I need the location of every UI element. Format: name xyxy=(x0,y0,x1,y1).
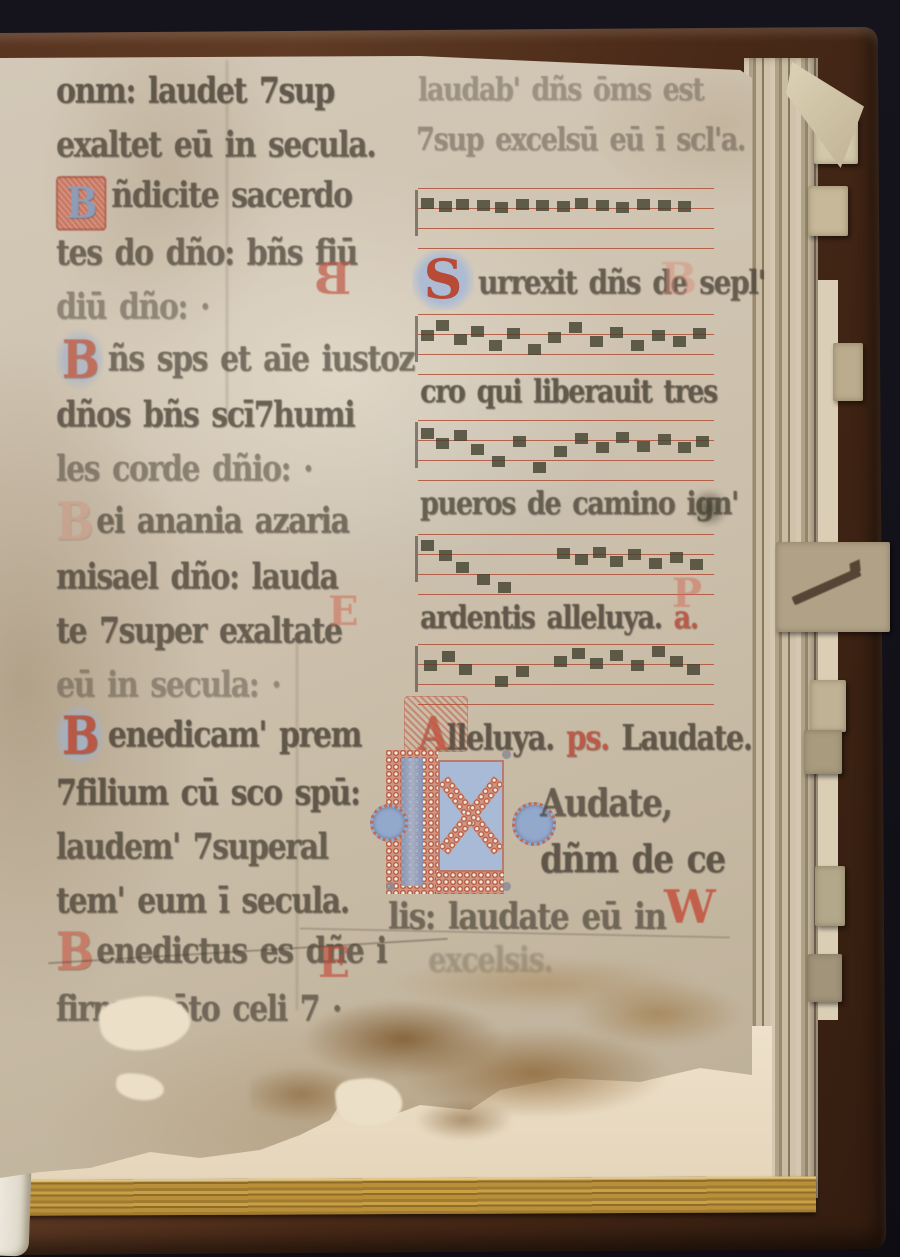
neume xyxy=(424,660,437,671)
water-stain xyxy=(250,950,760,1162)
manuscript-line: Benedicam' prem xyxy=(56,718,361,753)
manuscript-line: urrexit dñs de sepl' xyxy=(478,266,765,299)
page-tab xyxy=(776,542,890,632)
neume xyxy=(557,548,570,559)
manuscript-line: Bñs sps et aīe iustoz xyxy=(56,342,414,377)
manuscript-line: Bñdicite sacerdo xyxy=(56,176,352,231)
neume xyxy=(477,574,490,585)
neume xyxy=(554,446,567,457)
line-text: misael dño: lauda xyxy=(56,557,337,598)
line-text: 7filium cū sco spū: xyxy=(56,773,360,814)
neume xyxy=(459,664,472,675)
neume xyxy=(678,201,691,212)
rubric-initial-B: B xyxy=(56,920,92,982)
neume xyxy=(575,554,588,565)
neume xyxy=(454,430,467,441)
manuscript-line: 7filium cū sco spū: xyxy=(56,776,360,811)
neume xyxy=(678,442,691,453)
neume xyxy=(673,336,686,347)
line-text: dñm de ce xyxy=(540,837,725,883)
gilt-fore-edge xyxy=(24,1176,816,1215)
line-text: tes do dño: bñs fiū xyxy=(56,233,357,274)
neume xyxy=(637,199,650,210)
neume xyxy=(557,201,570,212)
psalm-marker: ps. xyxy=(554,719,622,759)
neume xyxy=(631,660,644,671)
manuscript-line: onm: laudet 7sup xyxy=(56,74,334,109)
neume xyxy=(637,441,650,452)
neume xyxy=(436,320,449,331)
neume xyxy=(649,558,662,569)
line-text: onm: laudet 7sup xyxy=(56,71,334,112)
neume xyxy=(616,432,629,443)
line-text: ñdicite sacerdo xyxy=(111,175,351,216)
neume xyxy=(658,434,671,445)
manuscript-line: cro qui liberauit tres xyxy=(420,376,717,408)
tab-ink-mark xyxy=(791,567,861,605)
line-text: tem' eum ī secula. xyxy=(56,881,349,922)
neume xyxy=(610,556,623,567)
neume xyxy=(631,340,644,351)
initial-L-foot xyxy=(436,872,504,894)
neume xyxy=(548,332,561,343)
neume xyxy=(471,326,484,337)
neume xyxy=(610,327,623,338)
manuscript-line: dños bñs scī7humi xyxy=(56,398,354,433)
page-tab xyxy=(815,866,845,926)
neume xyxy=(489,340,502,351)
neume xyxy=(593,547,606,558)
neume xyxy=(436,438,449,449)
page-tab xyxy=(804,730,842,774)
neume xyxy=(590,658,603,669)
neume xyxy=(498,582,511,593)
neume xyxy=(533,462,546,473)
manuscript-line: tes do dño: bñs fiū xyxy=(56,236,357,271)
line-text: les corde dñio: · xyxy=(56,449,312,490)
line-text: enedicam' prem xyxy=(108,715,361,756)
music-staff xyxy=(418,420,714,482)
manuscript-photo: onm: laudet 7sup exaltet eū in secula. B… xyxy=(0,0,900,1257)
margin-rubric-mark: B xyxy=(314,258,351,302)
line-text: laudab' dñs ōms est xyxy=(418,71,703,109)
manuscript-line: misael dño: lauda xyxy=(56,560,337,595)
neume xyxy=(442,651,455,662)
manuscript-line: exaltet eū in secula. xyxy=(56,128,375,163)
neume xyxy=(513,436,526,447)
page-tab xyxy=(808,186,848,236)
corner-dot xyxy=(502,882,511,891)
neume xyxy=(421,428,434,439)
neume xyxy=(536,200,549,211)
neume xyxy=(575,198,588,209)
corner-dot xyxy=(502,750,511,759)
neume xyxy=(616,202,629,213)
neume xyxy=(516,199,529,210)
neume xyxy=(687,664,700,675)
manuscript-line: eū in secula: · xyxy=(56,668,280,703)
neume xyxy=(596,200,609,211)
neume xyxy=(652,330,665,341)
manuscript-line: te 7super exaltate xyxy=(56,614,342,649)
neume xyxy=(471,444,484,455)
neume xyxy=(439,550,452,561)
line-text: 7sup excelsū eū ī scl'a. xyxy=(416,121,745,159)
line-text: dños bñs scī7humi xyxy=(56,395,354,436)
neume xyxy=(495,676,508,687)
line-text: cro qui liberauit tres xyxy=(420,373,717,411)
neume xyxy=(421,198,434,209)
line-text: urrexit dñs de sepl' xyxy=(478,263,765,302)
neume xyxy=(492,456,505,467)
line-text: diū dño: · xyxy=(56,287,209,328)
neume xyxy=(439,201,452,212)
neume xyxy=(554,656,567,667)
manuscript-line: diū dño: · xyxy=(56,290,209,325)
bottom-left-page-sliver xyxy=(0,1163,32,1256)
neume xyxy=(477,200,490,211)
neume xyxy=(421,330,434,341)
neume xyxy=(693,328,706,339)
side-medallion xyxy=(370,804,408,842)
neume xyxy=(507,328,520,339)
margin-rubric-mark: P xyxy=(672,574,702,614)
decorated-initial-S: S xyxy=(412,250,474,310)
rubric-initial-B: B xyxy=(56,702,104,768)
neume xyxy=(572,648,585,659)
manuscript-line: ardentis alleluya. a. xyxy=(420,602,698,634)
neume xyxy=(670,552,683,563)
line-text: ardentis alleluya. xyxy=(420,599,662,637)
line-text: eū in secula: · xyxy=(56,665,280,706)
neume xyxy=(690,559,703,570)
decorated-initial-L xyxy=(386,750,538,894)
neume xyxy=(454,334,467,345)
rubric-initial-B: B xyxy=(56,490,92,552)
manuscript-line: laudem' 7superal xyxy=(56,830,328,865)
neume xyxy=(610,650,623,661)
neume xyxy=(628,549,641,560)
page-tab xyxy=(833,343,863,401)
neume xyxy=(658,200,671,211)
margin-rubric-mark: W xyxy=(664,884,716,930)
music-staff xyxy=(418,314,714,376)
line-text: te 7super exaltate xyxy=(56,611,342,652)
line-text: ei anania azaria xyxy=(96,501,348,542)
corner-dot xyxy=(386,882,395,891)
ink-blot xyxy=(688,490,730,526)
neume xyxy=(421,540,434,551)
neume xyxy=(516,666,529,677)
page-tab xyxy=(810,680,846,732)
line-text: Laudate. xyxy=(621,719,751,759)
neume xyxy=(590,336,603,347)
initial-letter: S xyxy=(424,247,463,311)
neume xyxy=(652,646,665,657)
background-object xyxy=(884,236,900,1136)
manuscript-line: laudab' dñs ōms est xyxy=(418,74,703,106)
manuscript-line: dñm de ce xyxy=(540,840,725,879)
music-staff xyxy=(418,188,714,250)
line-text: exaltet eū in secula. xyxy=(56,125,375,166)
initial-L-panel xyxy=(438,760,504,872)
neume xyxy=(456,562,469,573)
rubric-initial-B: B xyxy=(56,176,106,231)
neume xyxy=(596,442,609,453)
line-text: ñs sps et aīe iustoz xyxy=(108,339,414,380)
manuscript-line: 7sup excelsū eū ī scl'a. xyxy=(416,124,745,156)
neume xyxy=(569,322,582,333)
line-text: laudem' 7superal xyxy=(56,827,328,868)
neume xyxy=(456,199,469,210)
manuscript-line: Audate, xyxy=(540,784,672,823)
neume xyxy=(575,433,588,444)
line-text: Audate, xyxy=(540,781,672,827)
margin-rubric-mark: E xyxy=(328,592,359,632)
music-staff xyxy=(418,534,714,596)
rubric-initial-B: B xyxy=(56,326,104,392)
neume xyxy=(670,656,683,667)
neume xyxy=(495,202,508,213)
manuscript-line: tem' eum ī secula. xyxy=(56,884,349,919)
margin-rubric-mark: B xyxy=(660,258,697,302)
neume xyxy=(696,436,709,447)
neume xyxy=(528,344,541,355)
manuscript-line: lis: laudate eū in xyxy=(388,898,665,934)
manuscript-line: les corde dñio: · xyxy=(56,452,312,487)
manuscript-line: Bei anania azaria xyxy=(56,504,349,539)
page-tab xyxy=(808,954,842,1002)
